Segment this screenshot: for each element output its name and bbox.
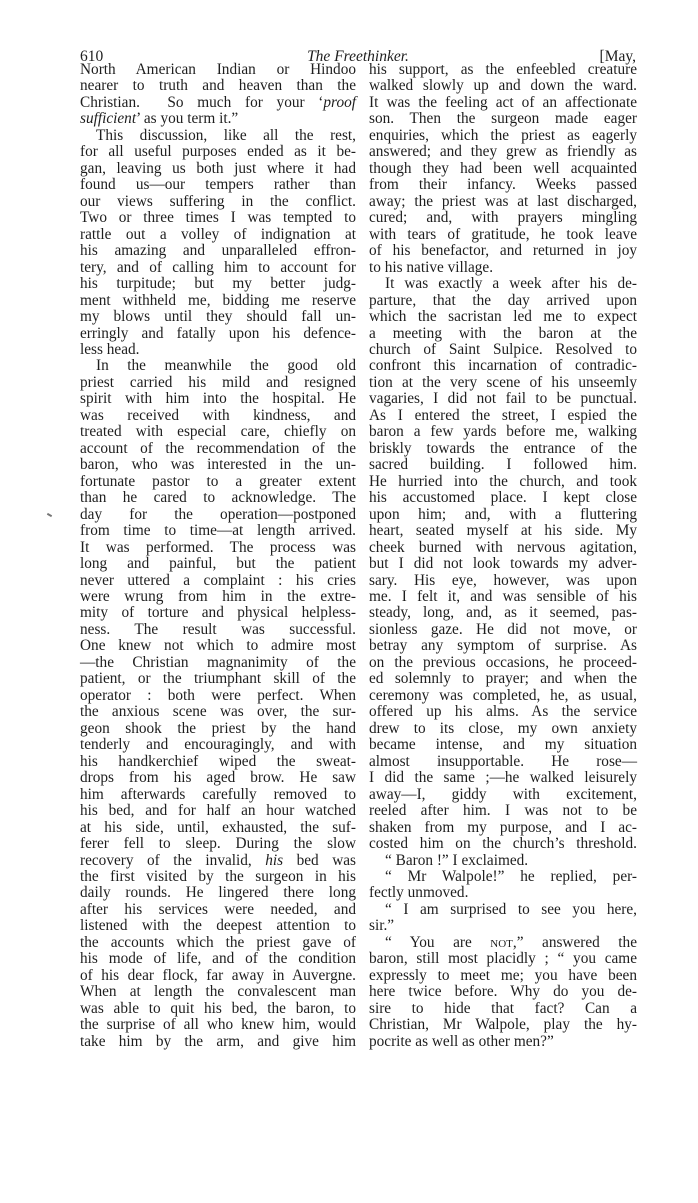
text-line: I did the same ;—he walked leisurely <box>369 770 637 786</box>
text-line: Christian. So much for your ‘proof <box>80 95 356 111</box>
text-line: me. I felt it, and was sensible of his <box>369 589 637 605</box>
text-line: drew to its close, my own anxiety <box>369 721 637 737</box>
text-line: reeled after him. I was not to be <box>369 803 637 819</box>
text-line: sary. His eye, however, was upon <box>369 573 637 589</box>
paragraph-start-line: In the meanwhile the good old <box>80 358 356 374</box>
text-line: sir.” <box>369 918 637 934</box>
paragraph-start-line: “ You are not,” answered the <box>369 935 637 951</box>
text-line: It was the feeling act of an affectionat… <box>369 95 637 111</box>
text-line: than he cared to acknowledge. The <box>80 490 356 506</box>
text-line: briskly towards the entrance of the <box>369 441 637 457</box>
text-line: tery, and of calling him to account for <box>80 260 356 276</box>
text-line: priest carried his mild and resigned <box>80 375 356 391</box>
scan-artifact-mark <box>47 513 52 517</box>
text-line: —the Christian magnanimity of the <box>80 655 356 671</box>
text-line: sire to hide that fact? Can a <box>369 1001 637 1017</box>
italic-text: proof <box>323 94 356 111</box>
text-line: drops from his aged brow. He saw <box>80 770 356 786</box>
text-line: rattle out a volley of indignation at <box>80 227 356 243</box>
text-line: never uttered a complaint : his cries <box>80 573 356 589</box>
text-line: church of Saint Sulpice. Resolved to <box>369 342 637 358</box>
text-line: after his services were needed, and <box>80 902 356 918</box>
text-line: which the sacristan led me to expect <box>369 309 637 325</box>
text-line: daily rounds. He lingered there long <box>80 885 356 901</box>
text-line: though they had been well acquainted <box>369 161 637 177</box>
paragraph-start-line: This discussion, like all the rest, <box>80 128 356 144</box>
text-line: expressly to meet me; you have been <box>369 968 637 984</box>
paragraph-start-line: It was exactly a week after his de- <box>369 276 637 292</box>
text-line: my blows until they should fall un- <box>80 309 356 325</box>
text-line: baron, who was interested in the un- <box>80 457 356 473</box>
text-line: away; the priest was at last discharged, <box>369 194 637 210</box>
paragraph-start-line: “ Baron !” I exclaimed. <box>369 853 637 869</box>
text-line: but I did not look towards my adver- <box>369 556 637 572</box>
text-line: One knew not which to admire most <box>80 638 356 654</box>
text-line: parture, that the day arrived upon <box>369 293 637 309</box>
italic-text: sufficient <box>80 110 136 127</box>
text-line: from time to time—at length arrived. <box>80 523 356 539</box>
text-line: ment withheld me, bidding me reserve <box>80 293 356 309</box>
text-line: here twice before. Why do you de- <box>369 984 637 1000</box>
text-line: of his dear flock, far away in Auvergne. <box>80 968 356 984</box>
text-line: less head. <box>80 342 356 358</box>
text-line: his turpitude; but my better judg- <box>80 276 356 292</box>
text-line: steady, long, and, as it seemed, pas- <box>369 605 637 621</box>
text-line: listened with the deepest attention to <box>80 918 356 934</box>
text-line: It was performed. The process was <box>80 540 356 556</box>
text-line: costed him on the church’s threshold. <box>369 836 637 852</box>
text-line: pocrite as well as other men?” <box>369 1034 637 1050</box>
text-line: betray any symptom of surprise. As <box>369 638 637 654</box>
text-line: cured; and, with prayers mingling <box>369 210 637 226</box>
text-line: sacred building. I followed him. <box>369 457 637 473</box>
text-line: patient, or the triumphant skill of the <box>80 671 356 687</box>
text-line: to his native village. <box>369 260 637 276</box>
text-line: his handkerchief wiped the sweat- <box>80 754 356 770</box>
text-line: confront this incarnation of contradic- <box>369 358 637 374</box>
text-line: the anxious scene was over, the sur- <box>80 704 356 720</box>
text-line: erringly and fatally upon his defence- <box>80 326 356 342</box>
text-fragment: ” answered the <box>517 934 637 951</box>
text-fragment: Christian. So much for your ‘ <box>80 94 323 111</box>
text-line: treated with especial care, chiefly on <box>80 424 356 440</box>
text-line: fortunate pastor to a greater extent <box>80 474 356 490</box>
text-line: mity of torture and physical helpless- <box>80 605 356 621</box>
text-line: ed solemnly to prayer; and when the <box>369 671 637 687</box>
text-line: his amazing and unparalleled effron- <box>80 243 356 259</box>
text-line: As I entered the street, I espied the <box>369 408 637 424</box>
text-line: with tears of gratitude, he took leave <box>369 227 637 243</box>
text-fragment: ’ as you term it.” <box>136 110 238 127</box>
text-line: ferer fell to sleep. During the slow <box>80 836 356 852</box>
text-line: a meeting with the baron at the <box>369 326 637 342</box>
text-line: his mode of life, and of the condition <box>80 951 356 967</box>
text-line: nearer to truth and heaven than the <box>80 78 356 94</box>
text-line: on the previous occasions, he proceed- <box>369 655 637 671</box>
text-line: the first visited by the surgeon in his <box>80 869 356 885</box>
text-line: When at length the convalescent man <box>80 984 356 1000</box>
text-line: He hurried into the church, and took <box>369 474 637 490</box>
text-line: him afterwards carefully removed to <box>80 787 356 803</box>
text-line: was able to quit his bed, the baron, to <box>80 1001 356 1017</box>
text-line: at his side, until, exhausted, the suf- <box>80 820 356 836</box>
text-line: spirit with him into the hospital. He <box>80 391 356 407</box>
scanned-book-page: 610 The Freethinker. [May, North America… <box>0 0 698 1203</box>
text-line: tion at the very scene of his unseemly <box>369 375 637 391</box>
text-line: North American Indian or Hindoo <box>80 62 356 78</box>
text-line: upon him; and, with a fluttering <box>369 507 637 523</box>
text-line: day for the operation—postponed <box>80 507 356 523</box>
text-line: sufficient’ as you term it.” <box>80 111 356 127</box>
text-line: baron, still most placidly ; “ you came <box>369 951 637 967</box>
text-line: baron a few yards before me, walking <box>369 424 637 440</box>
text-line: offered up his alms. As the service <box>369 704 637 720</box>
text-line: enquiries, which the priest as eagerly <box>369 128 637 144</box>
text-line: Christian, Mr Walpole, play the hy- <box>369 1017 637 1033</box>
text-line: fectly unmoved. <box>369 885 637 901</box>
paragraph-start-line: “ Mr Walpole!” he replied, per- <box>369 869 637 885</box>
text-fragment: bed was <box>283 852 356 869</box>
text-line: our views suffering in the conflict. <box>80 194 356 210</box>
text-line: shaken from my purpose, and I ac- <box>369 820 637 836</box>
italic-text: his <box>265 852 283 869</box>
text-line: account of the recommendation of the <box>80 441 356 457</box>
text-line: sionless gaze. He did not move, or <box>369 622 637 638</box>
text-line: the surprise of all who knew him, would <box>80 1017 356 1033</box>
right-column: his support, as the enfeebled creature w… <box>369 62 637 1050</box>
text-line: from their infancy. Weeks passed <box>369 177 637 193</box>
text-line: take him by the arm, and give him <box>80 1034 356 1050</box>
text-line: vagaries, I did not fail to be punctual. <box>369 391 637 407</box>
small-caps-text: not, <box>490 934 516 951</box>
text-line: cheek burned with nervous agitation, <box>369 540 637 556</box>
text-line: recovery of the invalid, his bed was <box>80 853 356 869</box>
text-line: away—I, giddy with excitement, <box>369 787 637 803</box>
text-line: Two or three times I was tempted to <box>80 210 356 226</box>
text-line: found us—our tempers rather than <box>80 177 356 193</box>
text-line: son. Then the surgeon made eager <box>369 111 637 127</box>
text-line: were wrung from him in the extre- <box>80 589 356 605</box>
text-line: answered; and they grew as friendly as <box>369 144 637 160</box>
text-line: his support, as the enfeebled creature <box>369 62 637 78</box>
text-line: his accustomed place. I kept close <box>369 490 637 506</box>
text-line: heart, seated myself at his side. My <box>369 523 637 539</box>
text-line: geon shook the priest by the hand <box>80 721 356 737</box>
text-line: his bed, and for half an hour watched <box>80 803 356 819</box>
text-fragment: recovery of the invalid, <box>80 852 265 869</box>
text-line: gan, leaving us both just where it had <box>80 161 356 177</box>
text-line: ceremony was completed, he, as usual, <box>369 688 637 704</box>
text-line: the accounts which the priest gave of <box>80 935 356 951</box>
text-line: walked slowly up and down the ward. <box>369 78 637 94</box>
text-line: for all useful purposes ended as it be- <box>80 144 356 160</box>
text-fragment: “ You are <box>385 934 490 951</box>
text-line: of his benefactor, and returned in joy <box>369 243 637 259</box>
text-line: almost insupportable. He rose— <box>369 754 637 770</box>
text-line: was received with kindness, and <box>80 408 356 424</box>
text-line: became intense, and my situation <box>369 737 637 753</box>
text-line: operator : both were perfect. When <box>80 688 356 704</box>
text-line: tenderly and encouragingly, and with <box>80 737 356 753</box>
text-line: ness. The result was successful. <box>80 622 356 638</box>
paragraph-start-line: “ I am surprised to see you here, <box>369 902 637 918</box>
left-column: North American Indian or Hindoo nearer t… <box>80 62 356 1050</box>
text-line: long and painful, but the patient <box>80 556 356 572</box>
